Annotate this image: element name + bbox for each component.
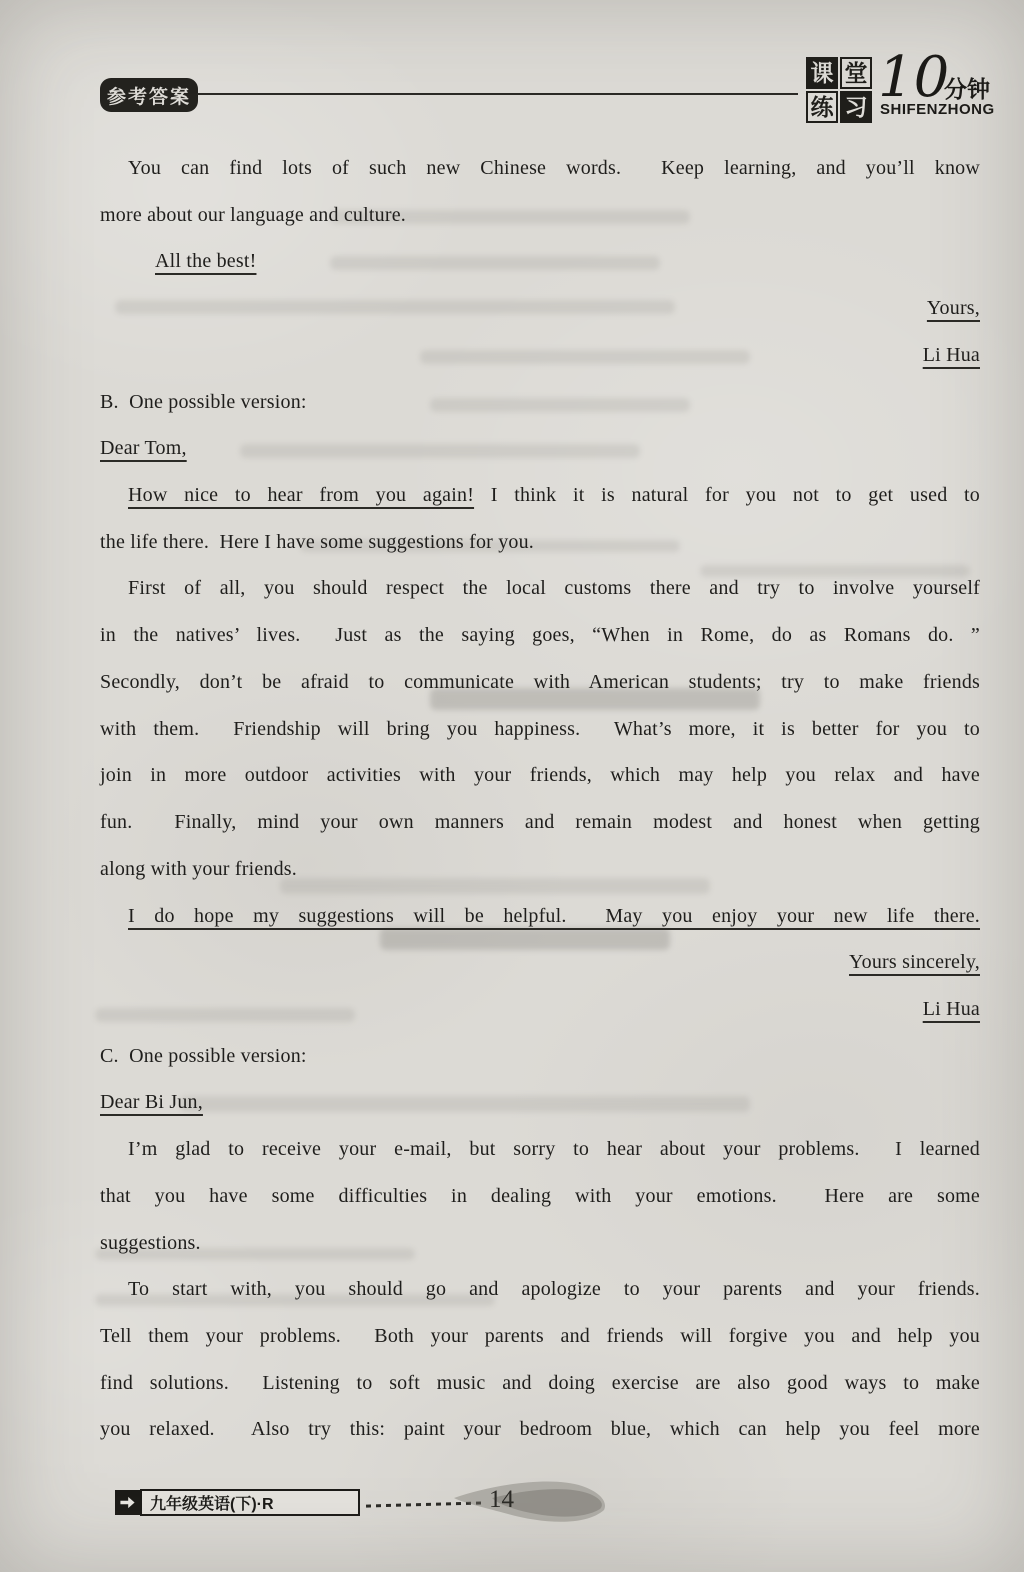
text-line: All the best! [100, 238, 980, 285]
text-segment: I do hope my suggestions will be helpful… [128, 905, 980, 927]
text-segment: Yours sincerely, [849, 951, 980, 973]
text-segment: join in more outdoor activities with you… [100, 764, 980, 786]
text-segment: suggestions. [100, 1232, 201, 1254]
text-segment: You can find lots of such new Chinese wo… [128, 157, 980, 179]
logo-grid-cell: 堂 [840, 57, 872, 89]
text-segment: that you have some difficulties in deali… [100, 1185, 980, 1207]
text-segment: with them. Friendship will bring you hap… [100, 718, 980, 740]
text-segment: Secondly, don’t be afraid to communicate… [100, 671, 980, 693]
footer-book-label: 九年级英语(下)·R [150, 1491, 274, 1514]
text-line: in the natives’ lives. Just as the sayin… [100, 612, 980, 659]
footer-arrow-badge [115, 1490, 140, 1515]
logo-grid-cell: 习 [840, 91, 872, 123]
classroom-practice-logo: 课 堂 练 习 10 分钟 SHIFENZHONG [806, 55, 1006, 125]
text-line: I do hope my suggestions will be helpful… [100, 893, 980, 940]
text-line: Dear Tom, [100, 425, 980, 472]
text-segment: fun. Finally, mind your own manners and … [100, 811, 980, 833]
footer-book-box: 九年级英语(下)·R [140, 1489, 360, 1516]
text-segment: All the best! [155, 250, 256, 272]
text-line: Yours sincerely, [100, 939, 980, 986]
text-segment: find solutions. Listening to soft music … [100, 1372, 980, 1394]
logo-grid-cell: 练 [806, 91, 838, 123]
page-number: 14 [489, 1486, 514, 1514]
text-line: suggestions. [100, 1220, 980, 1267]
arrow-icon [119, 1494, 136, 1511]
text-line: To start with, you should go and apologi… [100, 1266, 980, 1313]
text-segment: you relaxed. Also try this: paint your b… [100, 1418, 980, 1440]
text-line: fun. Finally, mind your own manners and … [100, 799, 980, 846]
text-segment: B. One possible version: [100, 391, 307, 413]
text-line: Yours, [100, 285, 980, 332]
text-line: you relaxed. Also try this: paint your b… [100, 1406, 980, 1453]
brush-swoosh-mark [452, 1474, 612, 1532]
reference-answers-badge: 参考答案 [100, 78, 198, 112]
text-segment: C. One possible version: [100, 1045, 307, 1067]
logo-character-grid: 课 堂 练 习 [806, 57, 872, 123]
text-line: along with your friends. [100, 846, 980, 893]
text-segment: the life there. Here I have some suggest… [100, 531, 534, 553]
text-line: more about our language and culture. [100, 192, 980, 239]
text-line: B. One possible version: [100, 379, 980, 426]
text-line: You can find lots of such new Chinese wo… [100, 145, 980, 192]
text-segment: Li Hua [923, 344, 980, 366]
text-line: that you have some difficulties in deali… [100, 1173, 980, 1220]
text-line: C. One possible version: [100, 1033, 980, 1080]
text-line: join in more outdoor activities with you… [100, 752, 980, 799]
text-line: with them. Friendship will bring you hap… [100, 706, 980, 753]
text-segment: Yours, [927, 297, 980, 319]
text-segment: more about our language and culture. [100, 204, 406, 226]
text-line: I’m glad to receive your e-mail, but sor… [100, 1126, 980, 1173]
logo-duration-unit: 分钟 [944, 71, 990, 104]
text-line: First of all, you should respect the loc… [100, 565, 980, 612]
text-segment: Dear Tom, [100, 437, 187, 459]
reference-answers-badge-label: 参考答案 [107, 82, 191, 109]
logo-grid-cell: 课 [806, 57, 838, 89]
text-segment: First of all, you should respect the loc… [128, 577, 980, 599]
header-rule [197, 93, 798, 95]
text-segment: Tell them your problems. Both your paren… [100, 1325, 980, 1347]
text-line: How nice to hear from you again! I think… [100, 472, 980, 519]
text-segment: How nice to hear from you again! [128, 484, 474, 506]
text-segment: To start with, you should go and apologi… [128, 1278, 980, 1300]
scanned-answer-page: { "page": { "header": { "answer_badge": … [0, 0, 1024, 1572]
text-segment: I’m glad to receive your e-mail, but sor… [128, 1138, 980, 1160]
text-line: find solutions. Listening to soft music … [100, 1360, 980, 1407]
text-line: Li Hua [100, 332, 980, 379]
logo-subtitle: SHIFENZHONG [880, 101, 995, 118]
text-segment: I think it is natural for you not to get… [474, 484, 980, 506]
document-lines: You can find lots of such new Chinese wo… [100, 145, 980, 1453]
text-line: Li Hua [100, 986, 980, 1033]
logo-duration-number: 10 [878, 47, 949, 109]
text-line: Dear Bi Jun, [100, 1079, 980, 1126]
text-line: Tell them your problems. Both your paren… [100, 1313, 980, 1360]
text-segment: along with your friends. [100, 858, 297, 880]
text-segment: in the natives’ lives. Just as the sayin… [100, 624, 980, 646]
text-segment: Li Hua [923, 998, 980, 1020]
text-segment: Dear Bi Jun, [100, 1091, 203, 1113]
text-line: Secondly, don’t be afraid to communicate… [100, 659, 980, 706]
text-line: the life there. Here I have some suggest… [100, 519, 980, 566]
